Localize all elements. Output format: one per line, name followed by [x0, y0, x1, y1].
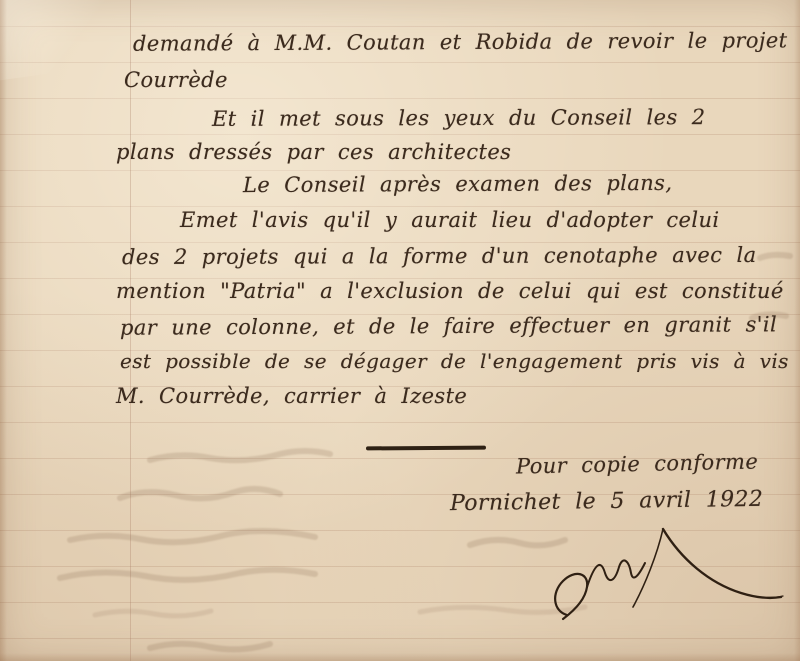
manuscript-line: est possible de se dégager de l'engageme… [120, 349, 800, 373]
manuscript-page: demandé à M.M. Coutan et Robida de revoi… [0, 0, 800, 661]
manuscript-line: par une colonne, et de le faire effectue… [120, 312, 777, 339]
signature [505, 515, 795, 635]
manuscript-line: Courrède [124, 68, 228, 92]
paper-edge-left [0, 0, 7, 661]
closing-place-date: Pornichet le 5 avril 1922 [450, 487, 764, 516]
divider-stroke [366, 446, 486, 451]
closing-copy-statement: Pour copie conforme [516, 449, 759, 478]
manuscript-line: Et il met sous les yeux du Conseil les 2 [212, 105, 706, 131]
manuscript-line: Emet l'avis qu'il y aurait lieu d'adopte… [180, 208, 720, 232]
manuscript-line: plans dressés par ces architectes [116, 140, 511, 164]
manuscript-line: mention "Patria" a l'exclusion de celui … [116, 279, 784, 303]
manuscript-line: demandé à M.M. Coutan et Robida de revoi… [133, 28, 788, 55]
manuscript-line: Le Conseil après examen des plans, [243, 171, 673, 197]
manuscript-line: M. Courrède, carrier à Izeste [116, 384, 467, 408]
manuscript-line: des 2 projets qui a la forme d'un cenota… [122, 243, 757, 269]
paper-edge-right [794, 0, 800, 661]
paper-edge-bottom [0, 653, 800, 661]
